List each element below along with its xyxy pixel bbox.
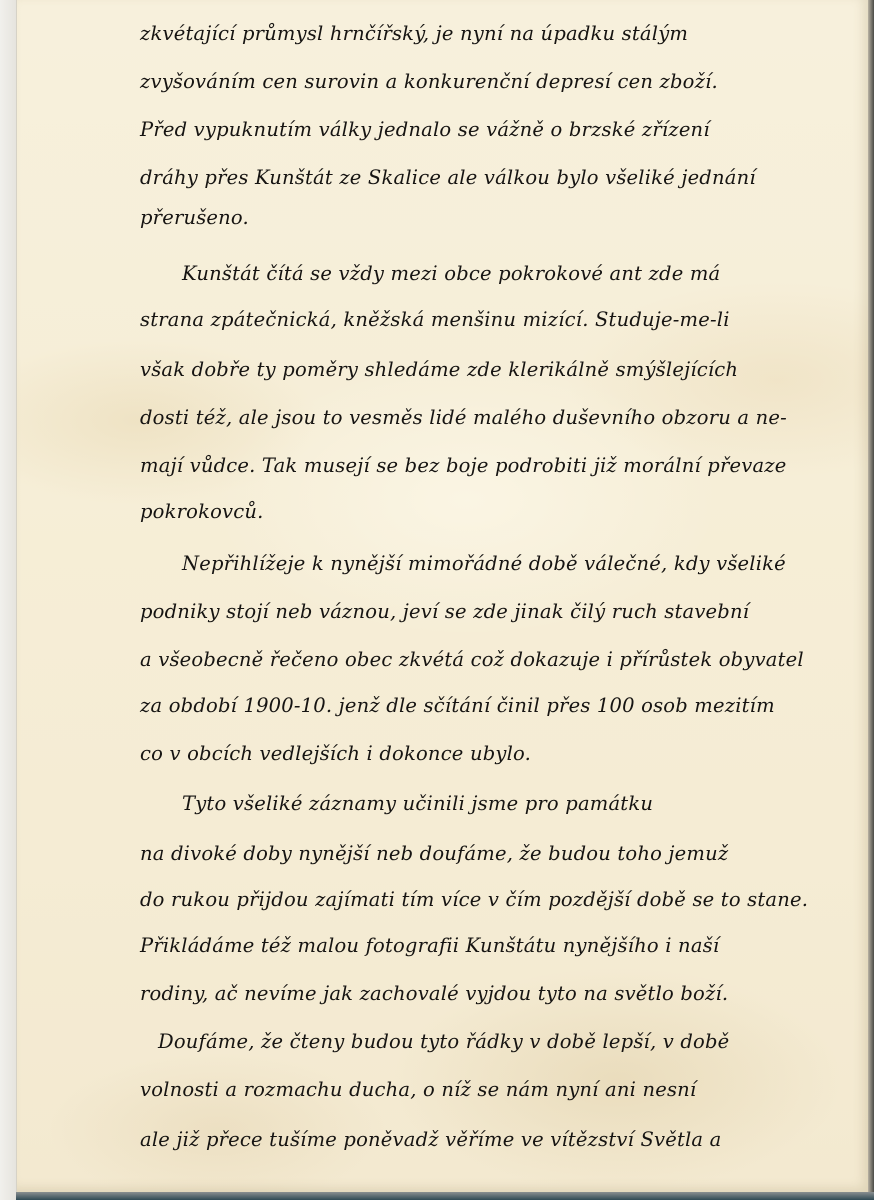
- text-line: rodiny, ač nevíme jak zachovalé vyjdou t…: [140, 982, 728, 1005]
- text-line: mají vůdce. Tak musejí se bez boje podro…: [140, 454, 787, 477]
- text-line: zvyšováním cen surovin a konkurenční dep…: [140, 70, 718, 93]
- text-line: dosti též, ale jsou to vesměs lidé maléh…: [140, 406, 787, 429]
- scanner-margin: [0, 0, 16, 1200]
- text-line: Přikládáme též malou fotografii Kunštátu…: [140, 934, 719, 957]
- text-line: do rukou přijdou zajímati tím více v čím…: [140, 888, 808, 911]
- text-line: Kunštát čítá se vždy mezi obce pokrokové…: [182, 262, 720, 285]
- paper-right-edge-shadow: [868, 0, 874, 1200]
- text-line: ale již přece tušíme poněvadž věříme ve …: [140, 1128, 721, 1151]
- text-line: podniky stojí neb váznou, jeví se zde ji…: [140, 600, 749, 623]
- text-line: zkvétající průmysl hrnčířský, je nyní na…: [140, 22, 688, 45]
- paper-bottom-edge-shadow: [16, 1192, 874, 1200]
- text-line: pokrokovců.: [140, 500, 264, 523]
- text-line: dráhy přes Kunštát ze Skalice ale válkou…: [140, 166, 756, 189]
- text-line: strana zpátečnická, kněžská menšinu mizí…: [140, 308, 730, 331]
- text-line: přerušeno.: [140, 206, 249, 229]
- text-line: volnosti a rozmachu ducha, o níž se nám …: [140, 1078, 696, 1101]
- text-line: však dobře ty poměry shledáme zde klerik…: [140, 358, 738, 381]
- text-line: za období 1900-10. jenž dle sčítání čini…: [140, 694, 775, 717]
- text-line: co v obcích vedlejších i dokonce ubylo.: [140, 742, 531, 765]
- text-line: Nepřihlížeje k nynější mimořádné době vá…: [182, 552, 786, 575]
- text-line: Před vypuknutím války jednalo se vážně o…: [140, 118, 710, 141]
- text-line: na divoké doby nynější neb doufáme, že b…: [140, 842, 728, 865]
- text-line: Doufáme, že čteny budou tyto řádky v dob…: [158, 1030, 729, 1053]
- text-line: a všeobecně řečeno obec zkvétá což dokaz…: [140, 648, 804, 671]
- text-line: Tyto všeliké záznamy učinili jsme pro pa…: [182, 792, 653, 815]
